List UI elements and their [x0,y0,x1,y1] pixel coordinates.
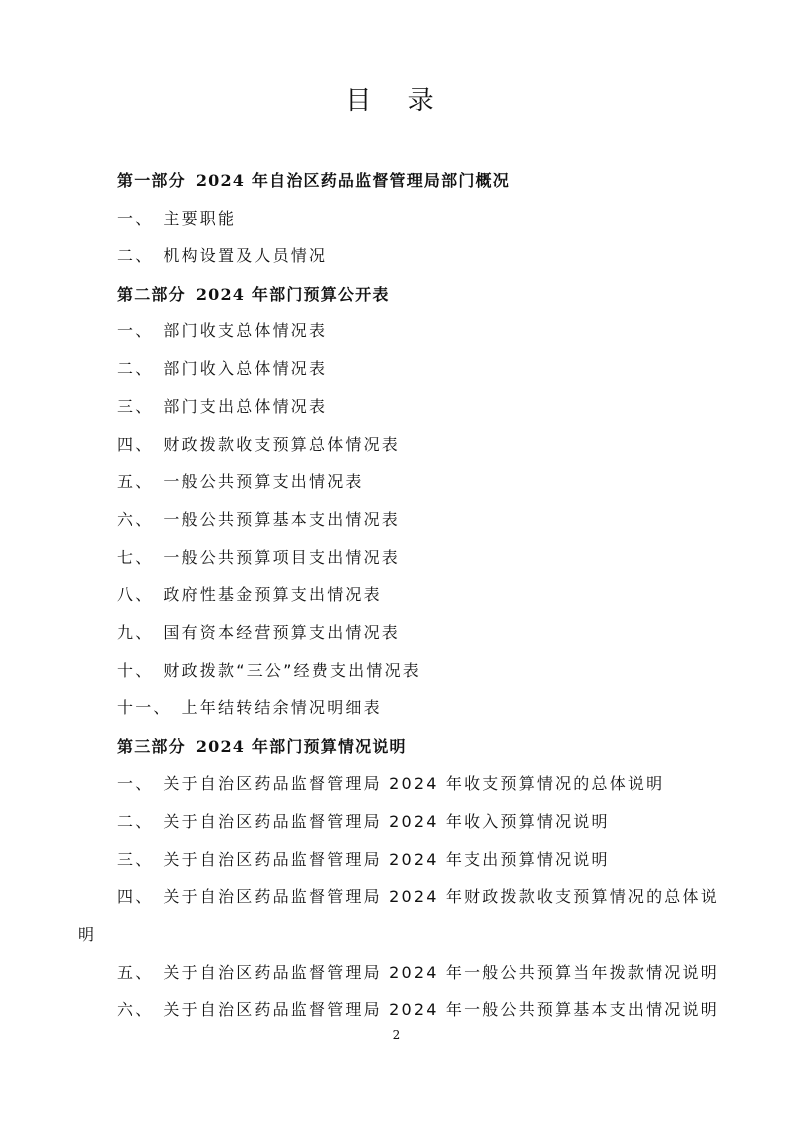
toc-heading-part2[interactable]: 第二部分2024 年部门预算公开表 [117,282,390,305]
toc-item[interactable]: 一、关于自治区药品监督管理局 2024 年收支预算情况的总体说明 [117,771,664,794]
toc-heading-part3[interactable]: 第三部分 2024 年部门预算情况说明 [117,734,407,757]
toc-item[interactable]: 九、国有资本经营预算支出情况表 [117,620,400,643]
toc-item[interactable]: 二、部门收入总体情况表 [117,356,327,379]
page-number: 2 [0,1028,793,1042]
toc-item-wrap: 明 [78,922,96,945]
toc-heading-part1[interactable]: 第一部分 2024 年自治区药品监督管理局部门概况 [117,168,510,191]
toc-item[interactable]: 六、关于自治区药品监督管理局 2024 年一般公共预算基本支出情况说明 [117,997,719,1020]
toc-item[interactable]: 一、主要职能 [117,206,236,229]
toc-item[interactable]: 六、一般公共预算基本支出情况表 [117,507,400,530]
toc-item[interactable]: 七、一般公共预算项目支出情况表 [117,545,400,568]
toc-item[interactable]: 四、财政拨款收支预算总体情况表 [117,432,400,455]
toc-item[interactable]: 三、关于自治区药品监督管理局 2024 年支出预算情况说明 [117,847,610,870]
toc-item[interactable]: 八、政府性基金预算支出情况表 [117,582,382,605]
toc-item[interactable]: 四、关于自治区药品监督管理局 2024 年财政拨款收支预算情况的总体说 [117,884,719,907]
toc-item[interactable]: 三、部门支出总体情况表 [117,394,327,417]
toc-title: 目 录 [0,80,793,117]
toc-item[interactable]: 二、机构设置及人员情况 [117,243,327,266]
toc-item[interactable]: 五、一般公共预算支出情况表 [117,469,364,492]
toc-item[interactable]: 五、关于自治区药品监督管理局 2024 年一般公共预算当年拨款情况说明 [117,960,719,983]
toc-item[interactable]: 二、关于自治区药品监督管理局 2024 年收入预算情况说明 [117,809,610,832]
toc-item[interactable]: 十一、上年结转结余情况明细表 [117,695,382,718]
toc-item[interactable]: 十、财政拨款“三公”经费支出情况表 [117,658,421,681]
toc-item[interactable]: 一、部门收支总体情况表 [117,318,327,341]
